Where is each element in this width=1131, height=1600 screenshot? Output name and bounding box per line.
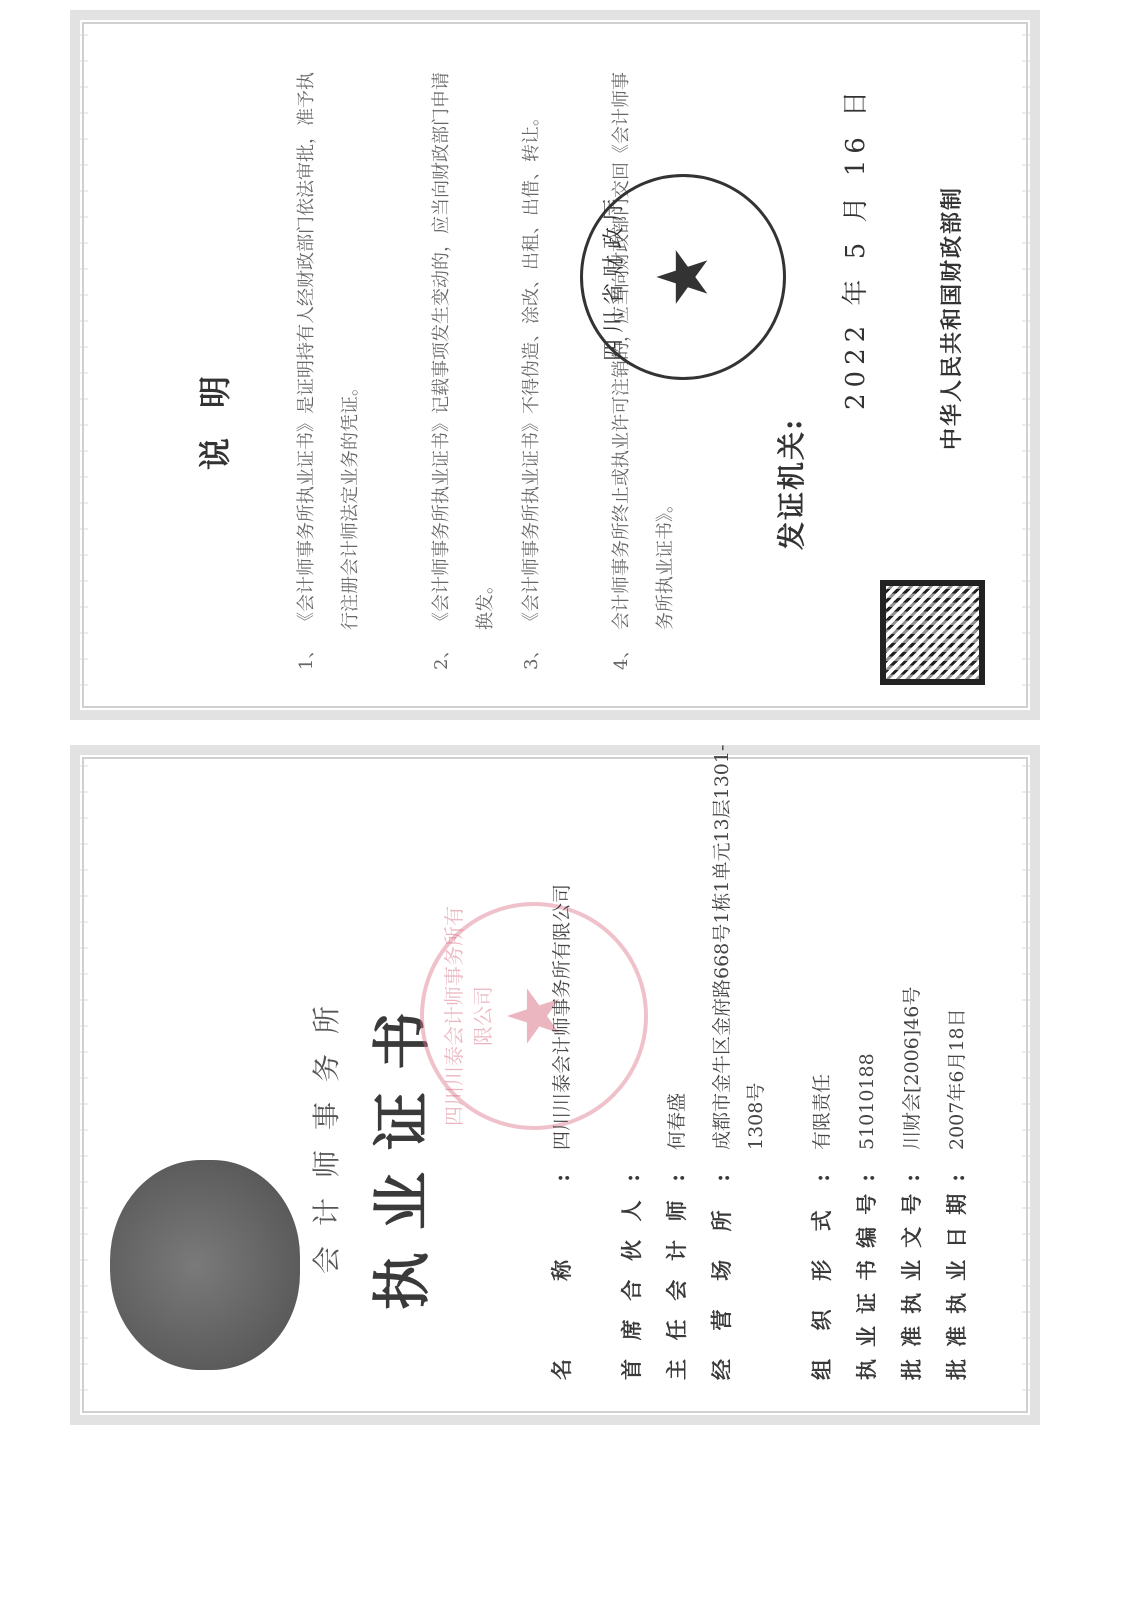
field-approval-date: 批准执业日期: 2007年6月18日: [940, 720, 974, 1380]
issuer-seal: 四川省财政厅 ★: [580, 174, 786, 380]
national-emblem-icon: [110, 1160, 300, 1370]
ministry-label: 中华人民共和国财政部制: [935, 186, 966, 450]
issuer-seal-text: 四川省财政厅: [597, 177, 628, 377]
field-name: 名称: 四川川泰会计师事务所有限公司: [545, 720, 579, 1380]
issue-date: 2022 年 5 月 16 日: [835, 85, 872, 410]
field-org-form: 组织形式: 有限责任: [805, 720, 839, 1380]
qr-code-icon: [880, 580, 985, 685]
field-cert-number: 执业证书编号: 51010188: [850, 720, 884, 1380]
star-icon: ★: [642, 246, 724, 309]
field-approval-doc: 批准执业文号: 川财会[2006]46号: [895, 720, 929, 1380]
firm-seal: 四川川泰会计师事务所有限公司 ★: [420, 902, 648, 1130]
firm-seal-text: 四川川泰会计师事务所有限公司: [438, 906, 496, 1126]
certificate-subtitle: 会计师事务所: [305, 910, 345, 1350]
field-address: 经营场所: 成都市金牛区金府路668号1栋1单元13层1301-1308号: [705, 720, 773, 1380]
explanation-item: 2、 《会计师事务所执业证书》记载事项发生变动的，应当向财政部门申请换发。: [420, 70, 508, 670]
explanation-title: 说明: [190, 346, 236, 470]
explanation-item: 3、 《会计师事务所执业证书》不得伪造、涂改、出租、出借、转让。: [510, 70, 554, 670]
explanation-item: 1、 《会计师事务所执业证书》是证明持有人经财政部门依法审批，准予执行注册会计师…: [285, 70, 373, 670]
issuer-label: 发证机关:: [770, 418, 810, 550]
certificate-scan: 会计师事务所 执业证书 四川川泰会计师事务所有限公司 ★ 名称: 四川川泰会计师…: [0, 0, 1131, 1600]
field-chief-accountant: 主任会计师: 何春盛: [660, 720, 694, 1380]
field-chief-partner: 首席合伙人:: [615, 720, 649, 1380]
